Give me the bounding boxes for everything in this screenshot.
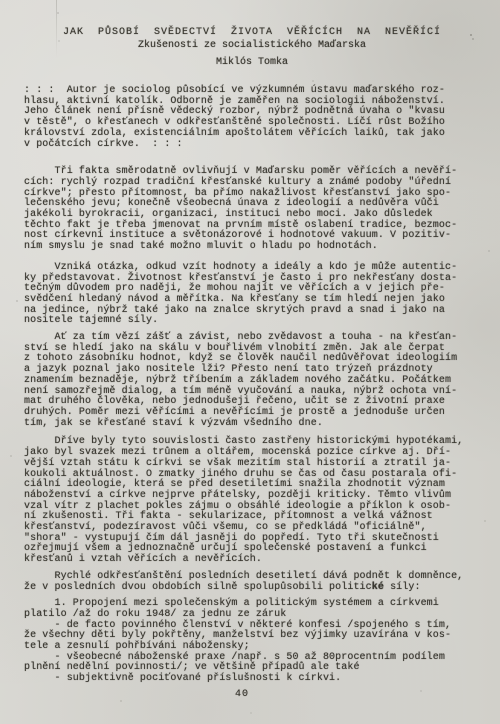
list-item-belonging: - subjektivně pociťované příslušnosti k … (24, 674, 480, 685)
paragraph-political-forces: Rychlé odkřesťanštění posledních desetil… (24, 572, 480, 593)
paragraph-rock-in-waves: Ať za tím vězí zášť a závist, nebo zvěda… (24, 333, 480, 429)
paragraph-values-question: Vzniká otázka, odkud vzít hodnoty a ideá… (24, 263, 480, 327)
author-name: Miklós Tomka (24, 57, 480, 68)
list-item-practice: - všeobecné náboženské praxe /např. s 50… (24, 653, 480, 674)
political-forces-text-post: síly: (384, 582, 421, 593)
paragraph-history: Dříve byly tyto souvislosti často zastře… (24, 437, 480, 565)
list-item-membership: - de facto povinného členství v některé … (24, 621, 480, 653)
paragraph-three-facts: Tři fakta směrodatně ovlivňují v Maďarsk… (24, 167, 480, 253)
page-title: JAK PŮSOBÍ SVĚDECTVÍ ŽIVOTA VĚŘÍCÍCH NA … (24, 27, 480, 38)
text-column: JAK PŮSOBÍ SVĚDECTVÍ ŽIVOTA VĚŘÍCÍCH NA … (24, 27, 480, 700)
scanned-document-page: JAK PŮSOBÍ SVĚDECTVÍ ŽIVOTA VĚŘÍCÍCH NA … (0, 0, 500, 724)
list-item-church-state: 1. Propojení mezi společenským a politic… (24, 599, 480, 620)
paragraph-editorial-note: : : : Autor je sociolog působící ve výzk… (24, 86, 480, 150)
political-forces-overstrike: ké (372, 582, 384, 593)
photocopy-speckles (0, 0, 2, 2)
page-number: 40 (14, 689, 470, 700)
page-subtitle: Zkušenosti ze socialistického Maďarska (24, 40, 480, 51)
